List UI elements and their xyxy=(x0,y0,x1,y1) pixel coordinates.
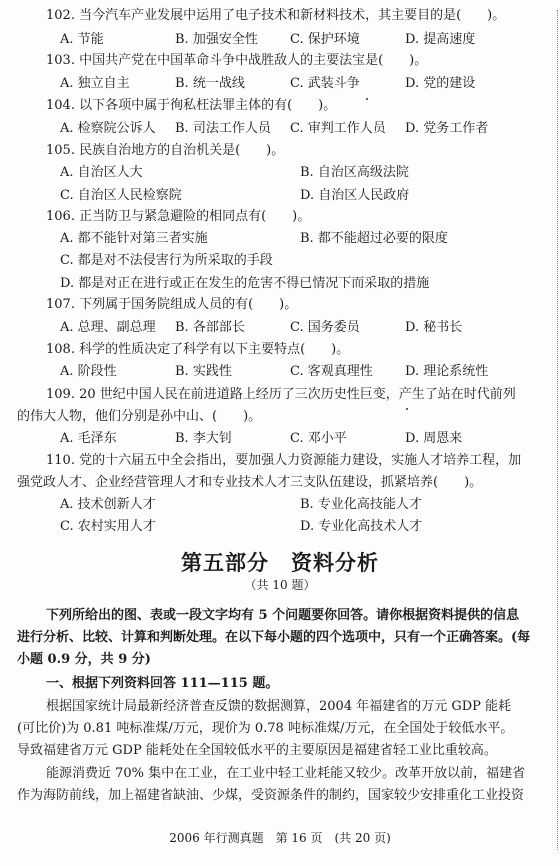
material-para1-line1: 根据国家统计局最新经济普查反馈的数据测算，2004 年福建省的万元 GDP 能耗 xyxy=(46,699,511,715)
instructions-line-1: 下列所给出的图、表或一段文字均有 5 个问题要你回答。请你根据资料提供的信息 xyxy=(46,608,519,624)
question-110-option-b: B. 专业化高技能人才 xyxy=(300,497,422,513)
question-104-option-b: B. 司法工作人员 xyxy=(175,121,271,137)
section-subtitle: （共 10 题） xyxy=(0,576,560,593)
instructions-line-3: 小题 0.9 分，共 9 分) xyxy=(17,652,151,668)
question-105-option-a: A. 自治区人大 xyxy=(60,165,143,181)
question-105-option-d: D. 自治区人民政府 xyxy=(300,188,409,204)
material-para1-line3: 导致福建省万元 GDP 能耗处在全国较低水平的主要原因是福建省轻工业比重较高。 xyxy=(17,743,497,759)
question-106-option-b: B. 都不能超过必要的限度 xyxy=(300,231,448,247)
question-110-option-a: A. 技术创新人才 xyxy=(60,497,156,513)
question-106-option-d: D. 都是对正在进行或正在发生的危害不得已情况下而采取的措施 xyxy=(60,276,429,292)
page-border-rule xyxy=(557,10,558,850)
question-103-option-d: D. 党的建设 xyxy=(405,76,475,92)
question-106-stem: 106. 正当防卫与紧急避险的相同点有( )。 xyxy=(46,209,310,225)
question-108-option-b: B. 实践性 xyxy=(175,364,232,380)
question-103-stem: 103. 中国共产党在中国革命斗争中战胜敌人的主要法宝是( )。 xyxy=(46,53,427,69)
question-110-option-c: C. 农村实用人才 xyxy=(60,519,156,535)
question-104-option-a: A. 检察院公诉人 xyxy=(60,121,156,137)
question-103-option-c: C. 武装斗争 xyxy=(290,76,360,92)
question-107-option-d: D. 秘书长 xyxy=(405,320,462,336)
question-106-option-a: A. 都不能针对第三者实施 xyxy=(60,231,208,247)
question-109-option-c: C. 邓小平 xyxy=(290,431,347,447)
question-109-stem-line2: 的伟大人物，他们分别是孙中山、( )。 xyxy=(17,409,261,425)
question-104-option-d: D. 党务工作者 xyxy=(405,121,488,137)
question-103-option-b: B. 统一战线 xyxy=(175,76,245,92)
question-102-option-c: C. 保护环境 xyxy=(290,32,360,48)
question-105-option-c: C. 自治区人民检察院 xyxy=(60,188,182,204)
material-subheading: 一、根据下列资料回答 111—115 题。 xyxy=(46,676,278,692)
question-108-stem: 108. 科学的性质决定了科学有以下主要特点( )。 xyxy=(46,342,349,358)
question-110-stem-line1: 110. 党的十六届五中全会指出，要加强人力资源能力建设，实施人才培养工程，加 xyxy=(46,453,521,469)
question-106-option-c: C. 都是对不法侵害行为所采取的手段 xyxy=(60,253,273,269)
question-109-stem-line1: 109. 20 世纪中国人民在前进道路上经历了三次历史性巨变，产生了站在时代前列 xyxy=(46,387,516,403)
material-para2-line2: 作为海防前线，加上福建省缺油、少煤，受资源条件的制约，国家较少安排重化工业投资 xyxy=(17,788,524,804)
question-108-option-d: D. 理论系统性 xyxy=(405,364,488,380)
instructions-line-2: 进行分析、比较、计算和判断处理。在以下每小题的四个选项中，只有一个正确答案。(每 xyxy=(17,630,530,646)
question-107-option-c: C. 国务委员 xyxy=(290,320,360,336)
question-108-option-c: C. 客观真理性 xyxy=(290,364,373,380)
question-102-option-b: B. 加强安全性 xyxy=(175,32,258,48)
question-105-option-b: B. 自治区高级法院 xyxy=(300,165,409,181)
question-107-option-a: A. 总理、副总理 xyxy=(60,320,156,336)
question-107-stem: 107. 下列属于国务院组成人员的有( )。 xyxy=(46,297,297,313)
question-108-option-a: A. 阶段性 xyxy=(60,364,117,380)
question-103-option-a: A. 独立自主 xyxy=(60,76,130,92)
scan-speck xyxy=(366,98,368,100)
question-109-option-b: B. 李大钊 xyxy=(175,431,232,447)
question-110-stem-line2: 强党政人才、企业经营管理人才和专业技术人才三支队伍建设，抓紧培养( )。 xyxy=(17,475,482,491)
section-title: 第五部分 资料分析 xyxy=(0,547,560,577)
material-para2-line1: 能源消费近 70% 集中在工业，在工业中轻工业耗能又较少。改革开放以前，福建省 xyxy=(46,766,525,782)
scan-speck xyxy=(406,408,408,410)
page-footer: 2006 年行测真题 第 16 页 (共 20 页) xyxy=(0,829,560,846)
question-102-stem: 102. 当今汽车产业发展中运用了电子技术和新材料技术，其主要目的是( )。 xyxy=(46,8,505,24)
question-110-option-d: D. 专业化高技术人才 xyxy=(300,519,422,535)
question-102-option-a: A. 节能 xyxy=(60,32,104,48)
question-104-option-c: C. 审判工作人员 xyxy=(290,121,386,137)
question-107-option-b: B. 各部部长 xyxy=(175,320,245,336)
question-109-option-a: A. 毛泽东 xyxy=(60,431,117,447)
question-104-stem: 104. 以下各项中属于徇私枉法罪主体的有( )。 xyxy=(46,98,336,114)
material-para1-line2: (可比价)为 0.81 吨标准煤/万元，现价为 0.78 吨标准煤/万元，在全国… xyxy=(17,721,513,737)
question-105-stem: 105. 民族自治地方的自治机关是( )。 xyxy=(46,143,284,159)
question-102-option-d: D. 提高速度 xyxy=(405,32,475,48)
question-109-option-d: D. 周恩来 xyxy=(405,431,462,447)
